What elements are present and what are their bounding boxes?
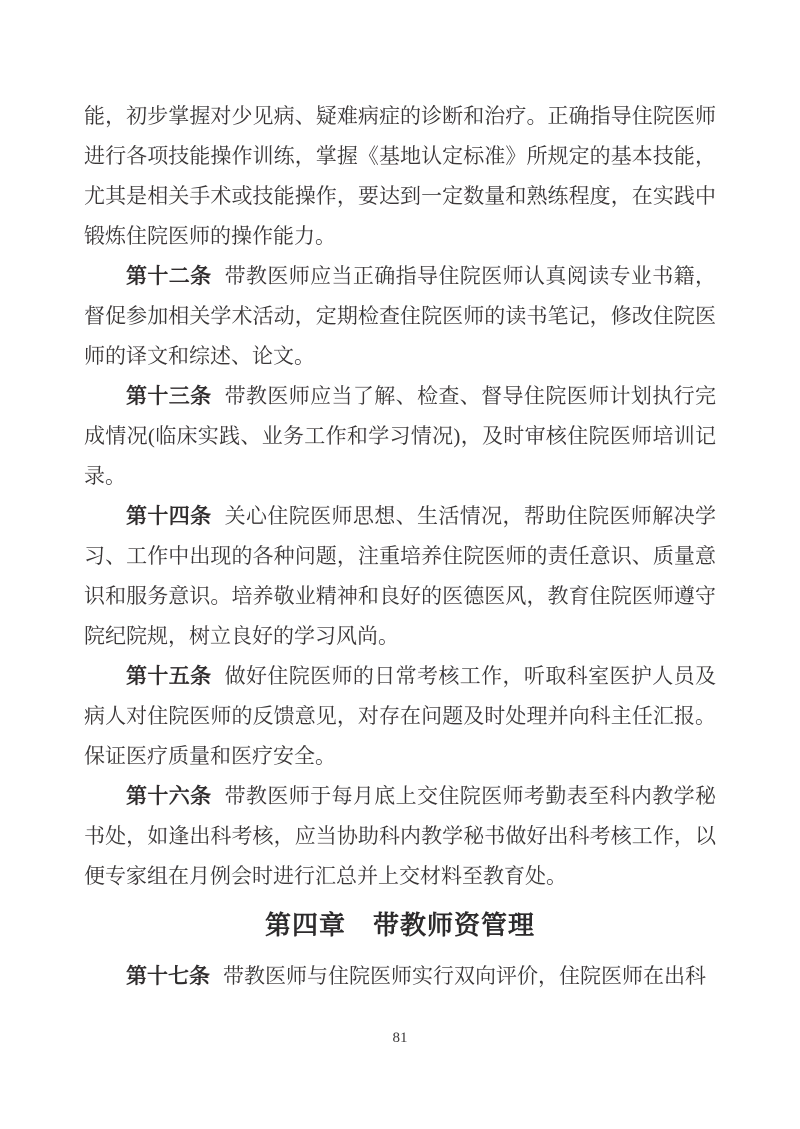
body-paragraph: 第十四条关心住院医师思想、生活情况，帮助住院医师解决学习、工作中出现的各种问题，… [84,496,716,656]
body-paragraph: 第十七条带教医师与住院医师实行双向评价，住院医师在出科 [84,956,716,996]
paragraph-text: 带教医师与住院医师实行双向评价，住院医师在出科 [223,964,706,988]
body-paragraph: 第十二条带教医师应当正确指导住院医师认真阅读专业书籍，督促参加相关学术活动，定期… [84,256,716,376]
article-label: 第十六条 [126,784,225,808]
body-text-block-after-heading: 第十七条带教医师与住院医师实行双向评价，住院医师在出科 [84,956,716,996]
body-paragraph: 第十三条带教医师应当了解、检查、督导住院医师计划执行完成情况(临床实践、业务工作… [84,376,716,496]
document-page: 能，初步掌握对少见病、疑难病症的诊断和治疗。正确指导住院医师进行各项技能操作训练… [0,0,800,1129]
article-label: 第十五条 [126,664,225,688]
body-paragraph: 第十五条做好住院医师的日常考核工作，听取科室医护人员及病人对住院医师的反馈意见，… [84,656,716,776]
page-content: 能，初步掌握对少见病、疑难病症的诊断和治疗。正确指导住院医师进行各项技能操作训练… [84,96,716,996]
article-label: 第十二条 [126,264,225,288]
page-number: 81 [0,1028,800,1048]
body-text-block: 能，初步掌握对少见病、疑难病症的诊断和治疗。正确指导住院医师进行各项技能操作训练… [84,96,716,896]
article-label: 第十三条 [126,384,225,408]
chapter-heading: 第四章 带教师资管理 [84,904,716,946]
body-paragraph: 能，初步掌握对少见病、疑难病症的诊断和治疗。正确指导住院医师进行各项技能操作训练… [84,96,716,256]
body-paragraph: 第十六条带教医师于每月底上交住院医师考勤表至科内教学秘书处，如逢出科考核，应当协… [84,776,716,896]
article-label: 第十七条 [126,964,223,988]
paragraph-text: 能，初步掌握对少见病、疑难病症的诊断和治疗。正确指导住院医师进行各项技能操作训练… [84,104,716,248]
article-label: 第十四条 [126,504,225,528]
